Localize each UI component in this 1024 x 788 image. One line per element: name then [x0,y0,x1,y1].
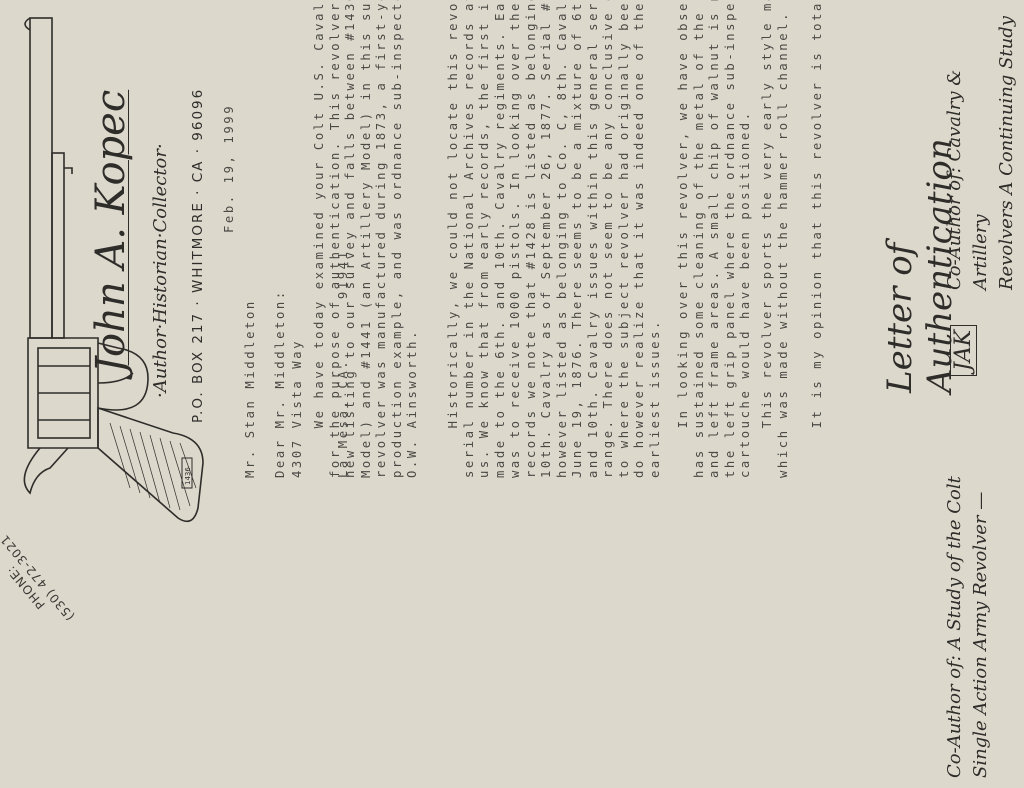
recipient-line: 4307 Vista Way [290,249,306,478]
mailing-address: P.O. BOX 217 · WHITMORE · CA · 96096 [190,88,206,423]
body-paragraph: Historically, we could not locate this r… [446,0,663,478]
letter-date: Feb. 19, 1999 [222,104,238,233]
footer-credit-left: Co-Author of: A Study of the Colt Single… [942,476,994,778]
footer-credit-line: Revolvers A Continuing Study — [994,0,1024,290]
svg-text:1436: 1436 [184,467,192,485]
recipient-line: Mr. Stan Middleton [243,249,259,478]
footer-credit-line: Single Action Army Revolver — [968,476,994,778]
author-roles: ·Author·Historian·Collector· [150,143,171,398]
body-paragraph: This revolver sports the very early styl… [760,0,791,478]
footer-credit-right: Co-Author of: Cavalry & Artillery Revolv… [942,0,1024,290]
letterhead: 1436 PHONE: (530) 472-3021 John A. Kopec… [0,0,230,788]
monogram-badge: JAK [950,325,977,376]
letter-page: 1436 PHONE: (530) 472-3021 John A. Kopec… [0,0,1024,788]
body-paragraph: It is my opinion that this revolver is t… [810,0,826,478]
author-name: John A. Kopec [88,90,134,373]
salutation: Dear Mr. Middleton: [273,289,289,478]
body-paragraph: We have today examined your Colt U.S. Ca… [312,0,421,478]
footer-credit-line: Co-Author of: A Study of the Colt [942,476,968,778]
body-paragraph: In looking over this revolver, we have o… [676,0,754,478]
footer-credit-line: Co-Author of: Cavalry & Artillery [942,0,994,290]
